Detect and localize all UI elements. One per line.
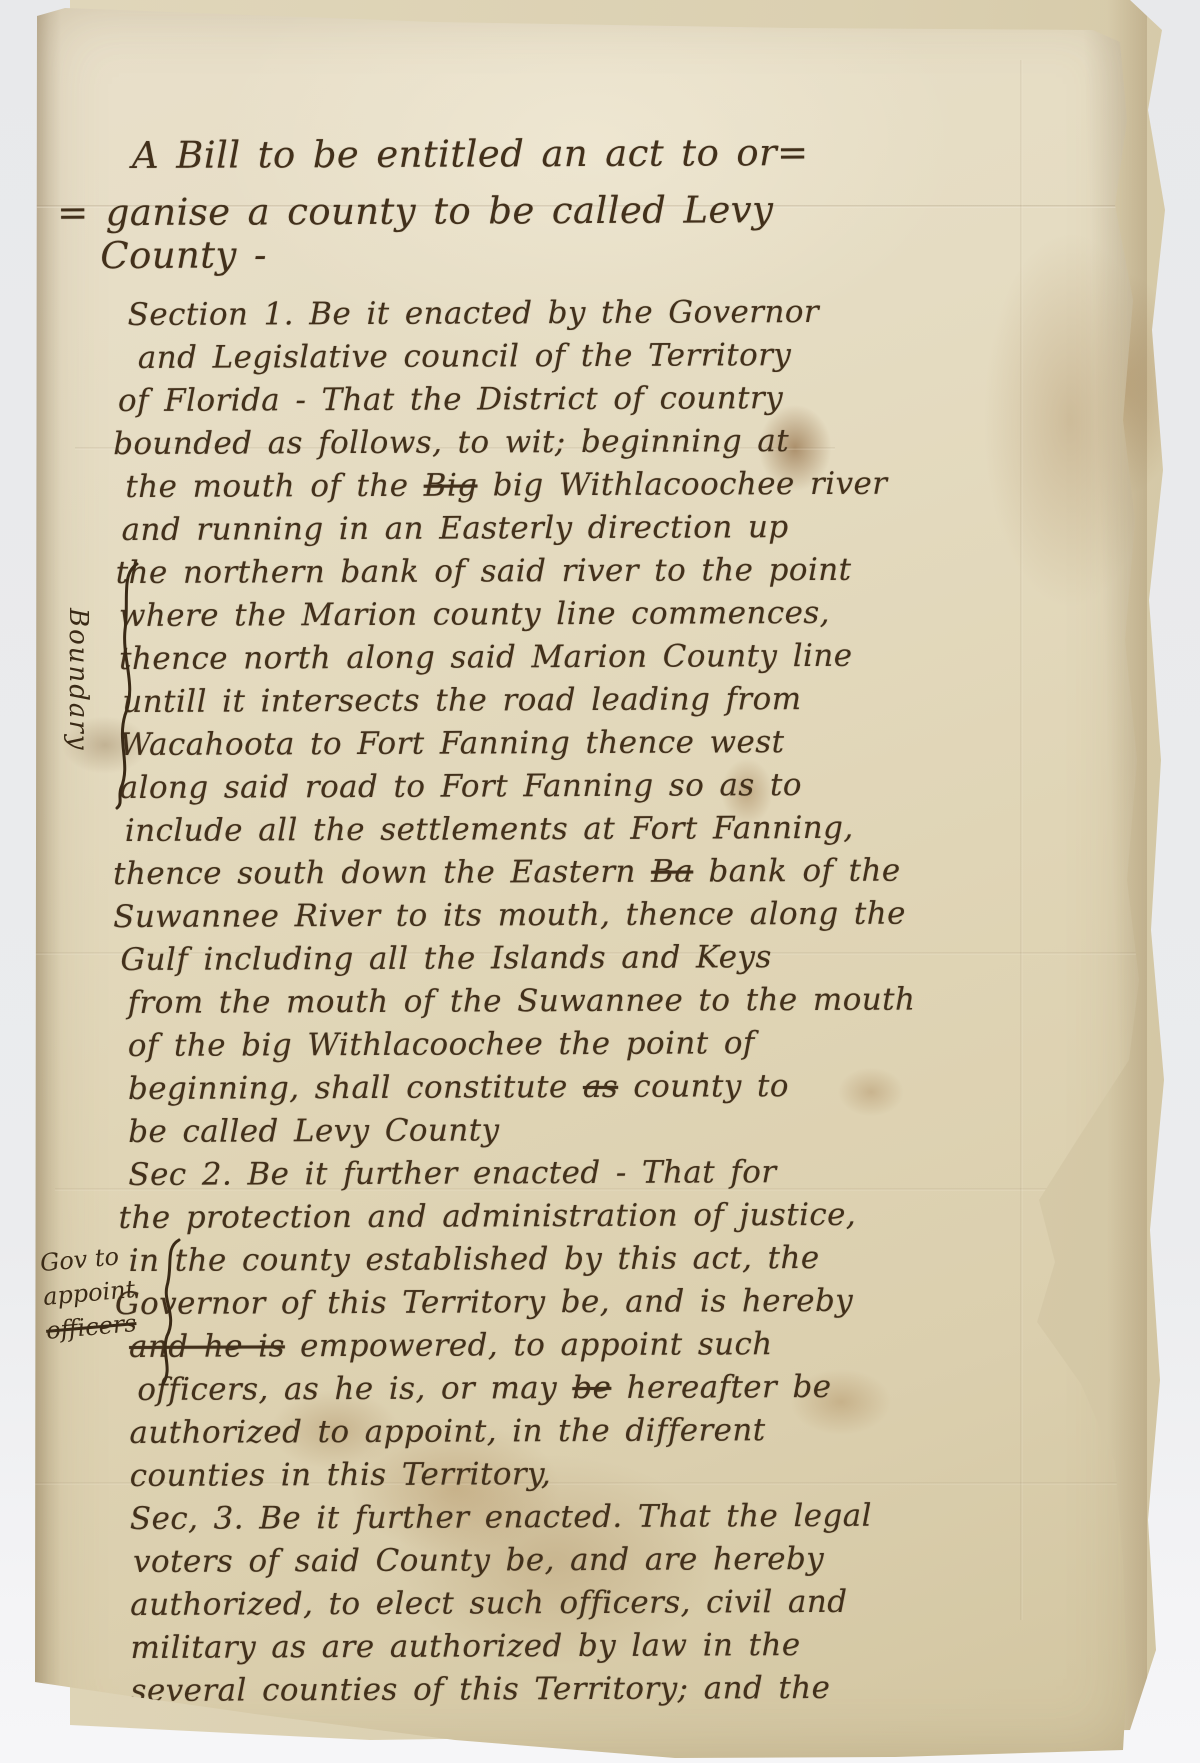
manuscript-line: and running in an Easterly direction up — [33, 505, 1138, 553]
struck-text: be — [572, 1370, 611, 1406]
text-segment: Suwannee River to its mouth, thence alon… — [113, 896, 906, 935]
manuscript-line: Sec 2. Be it further enacted - That for — [36, 1150, 1141, 1198]
text-segment: from the mouth of the Suwannee to the mo… — [128, 982, 916, 1021]
manuscript-line: Sec, 3. Be it further enacted. That the … — [38, 1494, 1143, 1542]
manuscript-line: A Bill to be entitled an act to or= — [32, 130, 1137, 178]
text-segment: authorized to appoint, in the different — [129, 1412, 765, 1451]
scan-stage: A Bill to be entitled an act to or== gan… — [0, 0, 1200, 1763]
text-segment: several counties of this Territory; and … — [131, 1670, 831, 1709]
manuscript-line: and Legislative council of the Territory — [33, 333, 1138, 381]
text-segment: Section 1. Be it enacted by the Governor — [128, 294, 820, 333]
text-segment: county to — [618, 1068, 789, 1105]
text-segment: in the county established by this act, t… — [129, 1240, 820, 1279]
text-segment: untill it intersects the road leading fr… — [122, 681, 801, 720]
text-segment: bank of the — [693, 853, 901, 890]
manuscript-text: A Bill to be entitled an act to or== gan… — [31, 0, 1143, 1713]
brace-icon — [153, 1238, 187, 1388]
margin-note-line: Boundary — [63, 608, 93, 752]
manuscript-line: the northern bank of said river to the p… — [34, 548, 1139, 596]
text-segment: include all the settlements at Fort Fann… — [125, 810, 854, 849]
text-segment: authorized, to elect such officers, civi… — [130, 1584, 847, 1623]
struck-text: as — [583, 1069, 618, 1105]
text-segment: the protection and administration of jus… — [118, 1197, 856, 1236]
manuscript-line: Section 1. Be it enacted by the Governor — [33, 290, 1138, 338]
text-segment: empowered, to appoint such — [285, 1326, 773, 1364]
margin-note-gov-appoint: Gov toappointofficers — [39, 1238, 140, 1348]
manuscript-line: thence south down the Eastern Ba bank of… — [35, 849, 1140, 897]
text-segment: military as are authorized by law in the — [130, 1627, 800, 1666]
text-segment: of the big Withlacoochee the point of — [128, 1025, 755, 1064]
manuscript-line: from the mouth of the Suwannee to the mo… — [36, 978, 1141, 1026]
manuscript-line: County - — [32, 230, 1137, 278]
manuscript-line: where the Marion county line commences, — [34, 591, 1139, 639]
manuscript-line: military as are authorized by law in the — [38, 1623, 1143, 1671]
text-segment: and Legislative council of the Territory — [138, 337, 792, 376]
text-segment: = ganise a county to be called Levy — [57, 188, 773, 234]
manuscript-line: bounded as follows, to wit; beginning at — [33, 419, 1138, 467]
manuscript-line: Wacahoota to Fort Fanning thence west — [34, 720, 1139, 768]
manuscript-line: and he is empowered, to appoint such — [37, 1322, 1142, 1370]
paper-sheet: A Bill to be entitled an act to or== gan… — [35, 0, 1140, 1763]
manuscript-line: authorized, to elect such officers, civi… — [38, 1580, 1143, 1628]
margin-note-boundary: Boundary — [63, 608, 93, 752]
text-segment: voters of said County be, and are hereby — [133, 1541, 824, 1580]
manuscript-line: in the county established by this act, t… — [37, 1236, 1142, 1284]
text-segment: be called Levy County — [128, 1112, 499, 1150]
manuscript-line: voters of said County be, and are hereby — [38, 1537, 1143, 1585]
text-segment: Gulf including all the Islands and Keys — [120, 939, 771, 978]
text-segment: County - — [100, 233, 267, 277]
brace-icon — [107, 560, 147, 810]
manuscript-line: = ganise a county to be called Levy — [32, 187, 1137, 235]
margin-note-lines: Boundary — [63, 608, 93, 752]
struck-text: Big — [424, 467, 478, 503]
manuscript-line: beginning, shall constitute as county to — [36, 1064, 1141, 1112]
manuscript-line: several counties of this Territory; and … — [39, 1666, 1144, 1714]
manuscript-line: of Florida - That the District of countr… — [33, 376, 1138, 424]
text-segment: counties in this Territory, — [130, 1456, 552, 1494]
text-segment: and running in an Easterly direction up — [121, 509, 788, 548]
text-segment: the northern bank of said river to the p… — [116, 552, 852, 591]
manuscript-line: the protection and administration of jus… — [36, 1193, 1141, 1241]
text-segment: where the Marion county line commences, — [119, 595, 830, 634]
text-segment: beginning, shall constitute — [128, 1069, 583, 1107]
manuscript-line: along said road to Fort Fanning so as to — [35, 763, 1140, 811]
text-segment: thence north along said Marion County li… — [119, 638, 852, 677]
text-segment: bounded as follows, to wit; beginning at — [113, 423, 789, 462]
struck-text: Ba — [651, 854, 693, 890]
text-segment: Sec, 3. Be it further enacted. That the … — [130, 1498, 872, 1537]
manuscript-line: untill it intersects the road leading fr… — [34, 677, 1139, 725]
text-segment: thence south down the Eastern — [113, 854, 651, 892]
manuscript-line: Governor of this Territory be, and is he… — [37, 1279, 1142, 1327]
manuscript-line: the mouth of the Big big Withlacoochee r… — [33, 462, 1138, 510]
manuscript-line: counties in this Territory, — [38, 1451, 1143, 1499]
manuscript-line: thence north along said Marion County li… — [34, 634, 1139, 682]
text-segment: officers, as he is, or may — [137, 1370, 572, 1408]
manuscript-line: Suwannee River to its mouth, thence alon… — [35, 892, 1140, 940]
text-segment: big Withlacoochee river — [477, 466, 887, 504]
manuscript-line: include all the settlements at Fort Fann… — [35, 806, 1140, 854]
margin-note-lines: Gov toappointofficers — [39, 1238, 140, 1348]
text-segment: hereafter be — [611, 1369, 831, 1406]
manuscript-line: of the big Withlacoochee the point of — [36, 1021, 1141, 1069]
manuscript-line: officers, as he is, or may be hereafter … — [37, 1365, 1142, 1413]
text-segment: Sec 2. Be it further enacted - That for — [128, 1154, 776, 1193]
manuscript-line: authorized to appoint, in the different — [37, 1408, 1142, 1456]
text-segment: Governor of this Territory be, and is he… — [115, 1283, 853, 1322]
text-segment: along said road to Fort Fanning so as to — [120, 767, 802, 806]
text-segment: Wacahoota to Fort Fanning thence west — [119, 724, 784, 763]
text-segment: A Bill to be entitled an act to or= — [132, 131, 809, 177]
text-segment: of Florida - That the District of countr… — [118, 380, 783, 419]
text-segment: the mouth of the — [125, 468, 423, 505]
manuscript-line: Gulf including all the Islands and Keys — [35, 935, 1140, 983]
manuscript-line: be called Levy County — [36, 1107, 1141, 1155]
